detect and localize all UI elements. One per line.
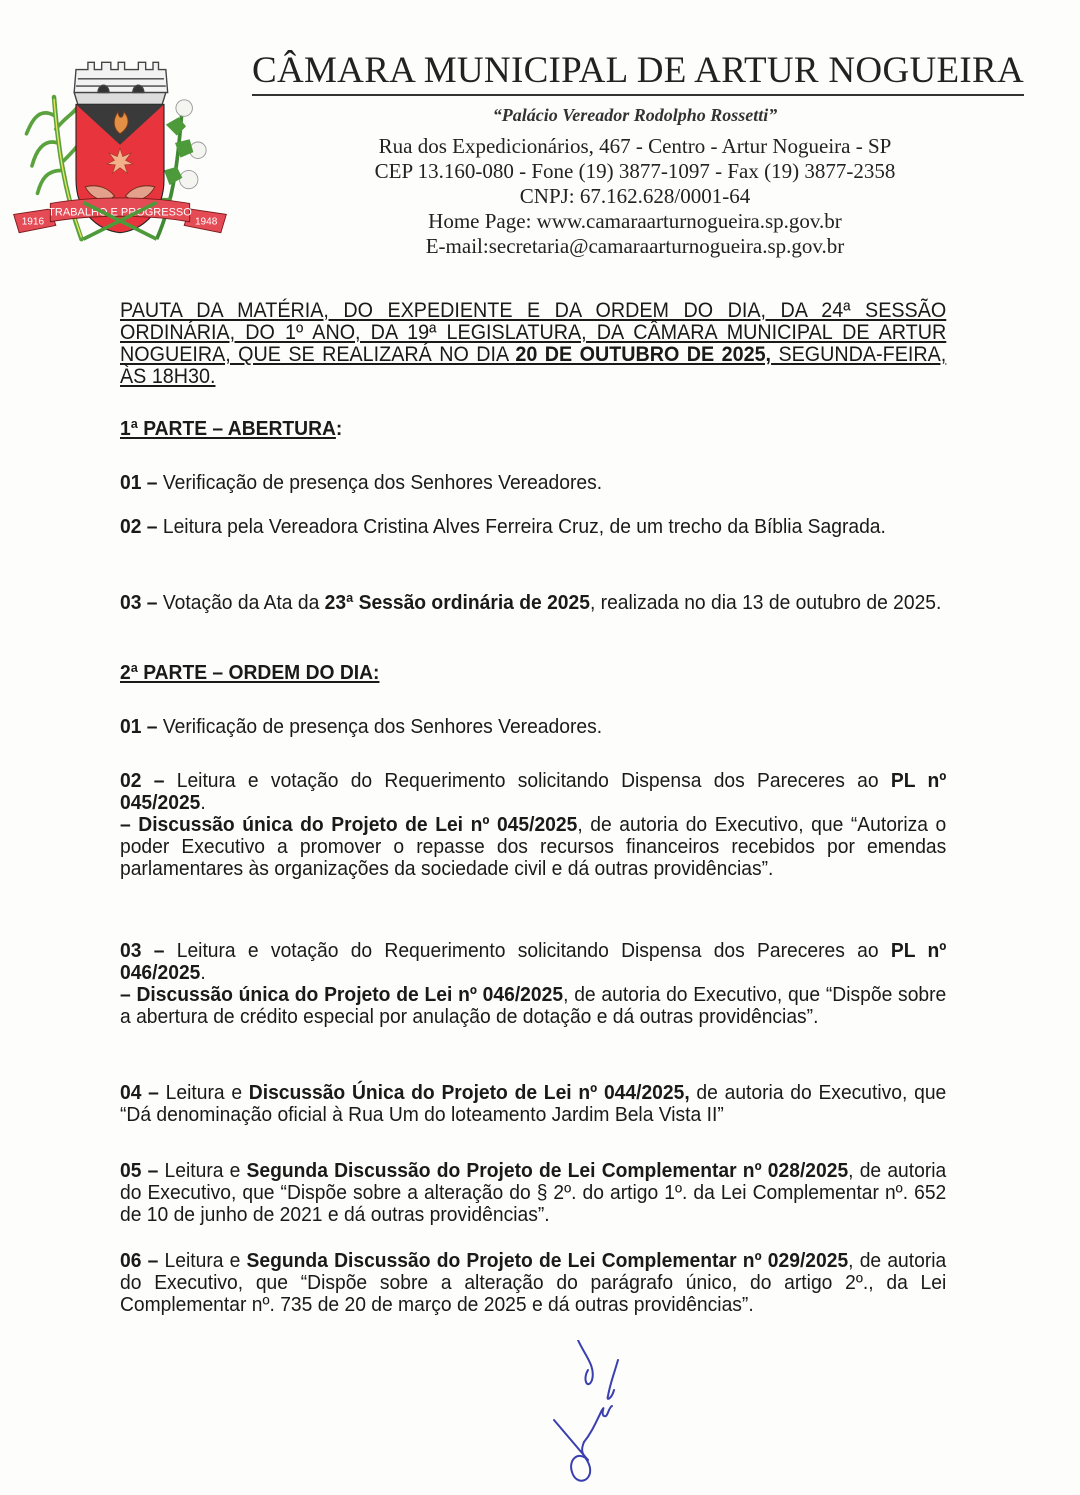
part2-item-01: 01 – Verificação de presença dos Senhore… [120,716,896,738]
item-text: Verificação de presença dos Senhores Ver… [158,715,603,738]
session-date: 20 DE OUTUBRO DE 2025, [515,343,771,366]
item-text: Leitura e [159,1081,249,1104]
item-number: 01 – [120,715,158,738]
cnpj-line: CNPJ: 67.162.628/0001-64 [240,184,1030,209]
mural-crown-icon [74,62,168,104]
part2-heading-text: 2ª PARTE – ORDEM DO DIA: [120,661,379,684]
item-text: Verificação de presença dos Senhores Ver… [158,471,603,494]
item-text: . [200,791,205,814]
handwritten-signature [548,1340,638,1490]
part2-item-03: 03 – Leitura e votação do Requerimento s… [120,940,896,1028]
item-text: Leitura e [158,1159,246,1182]
item-text: Leitura e [158,1249,246,1272]
item-number: 02 – [120,515,158,538]
item-number: 04 – [120,1081,159,1104]
part2-heading: 2ª PARTE – ORDEM DO DIA: [120,662,896,684]
svg-text:1916: 1916 [22,217,45,228]
palace-subtitle: “Palácio Vereador Rodolpho Rossetti” [240,102,1030,128]
item-number: 03 – [120,939,164,962]
item-text: Leitura e votação do Requerimento solici… [164,769,890,792]
item-bold: Discussão Única do Projeto de Lei nº 044… [249,1081,690,1104]
item-text: Votação da Ata da [158,591,325,614]
part2-item-02: 02 – Leitura e votação do Requerimento s… [120,770,896,880]
letterhead: CÂMARA MUNICIPAL DE ARTUR NOGUEIRA “Palá… [240,48,1030,259]
svg-text:TRABALHO E PROGRESSO: TRABALHO E PROGRESSO [48,206,192,218]
item-number: 05 – [120,1159,158,1182]
part1-heading: 1ª PARTE – ABERTURA: [120,418,896,440]
part1-heading-text: 1ª PARTE – ABERTURA [120,417,336,440]
contact-line: CEP 13.160-080 - Fone (19) 3877-1097 - F… [240,159,1030,184]
institution-title: CÂMARA MUNICIPAL DE ARTUR NOGUEIRA [252,48,1024,96]
item-bold: – Discussão única do Projeto de Lei nº 0… [120,813,577,836]
item-number: 06 – [120,1249,158,1272]
agenda-title: PAUTA DA MATÉRIA, DO EXPEDIENTE E DA ORD… [120,300,896,388]
item-bold: Segunda Discussão do Projeto de Lei Comp… [247,1159,849,1182]
part1-item-01: 01 – Verificação de presença dos Senhore… [120,472,896,494]
part2-item-05: 05 – Leitura e Segunda Discussão do Proj… [120,1160,896,1226]
email-link[interactable]: E-mail:secretaria@camaraarturnogueira.sp… [240,234,1030,259]
item-text: Leitura e votação do Requerimento solici… [164,939,890,962]
item-number: 01 – [120,471,158,494]
item-number: 02 – [120,769,164,792]
part2-item-06: 06 – Leitura e Segunda Discussão do Proj… [120,1250,896,1316]
address-line: Rua dos Expedicionários, 467 - Centro - … [240,134,1030,159]
item-bold: 23ª Sessão ordinária de 2025 [325,591,590,614]
item-text: . [200,961,205,984]
svg-text:1948: 1948 [195,217,218,228]
item-number: 03 – [120,591,158,614]
item-bold: – Discussão única do Projeto de Lei nº 0… [120,983,563,1006]
part2-item-04: 04 – Leitura e Discussão Única do Projet… [120,1082,896,1126]
municipal-coat-of-arms: TRABALHO E PROGRESSO 1916 1948 [10,40,230,255]
part1-item-03: 03 – Votação da Ata da 23ª Sessão ordiná… [120,592,896,614]
item-text: , realizada no dia 13 de outubro de 2025… [590,591,941,614]
part1-item-02: 02 – Leitura pela Vereadora Cristina Alv… [120,516,896,538]
item-bold: Segunda Discussão do Projeto de Lei Comp… [247,1249,849,1272]
homepage-link[interactable]: Home Page: www.camaraarturnogueira.sp.go… [240,209,1030,234]
item-text: Leitura pela Vereadora Cristina Alves Fe… [158,515,886,538]
part1-heading-colon: : [336,417,342,440]
